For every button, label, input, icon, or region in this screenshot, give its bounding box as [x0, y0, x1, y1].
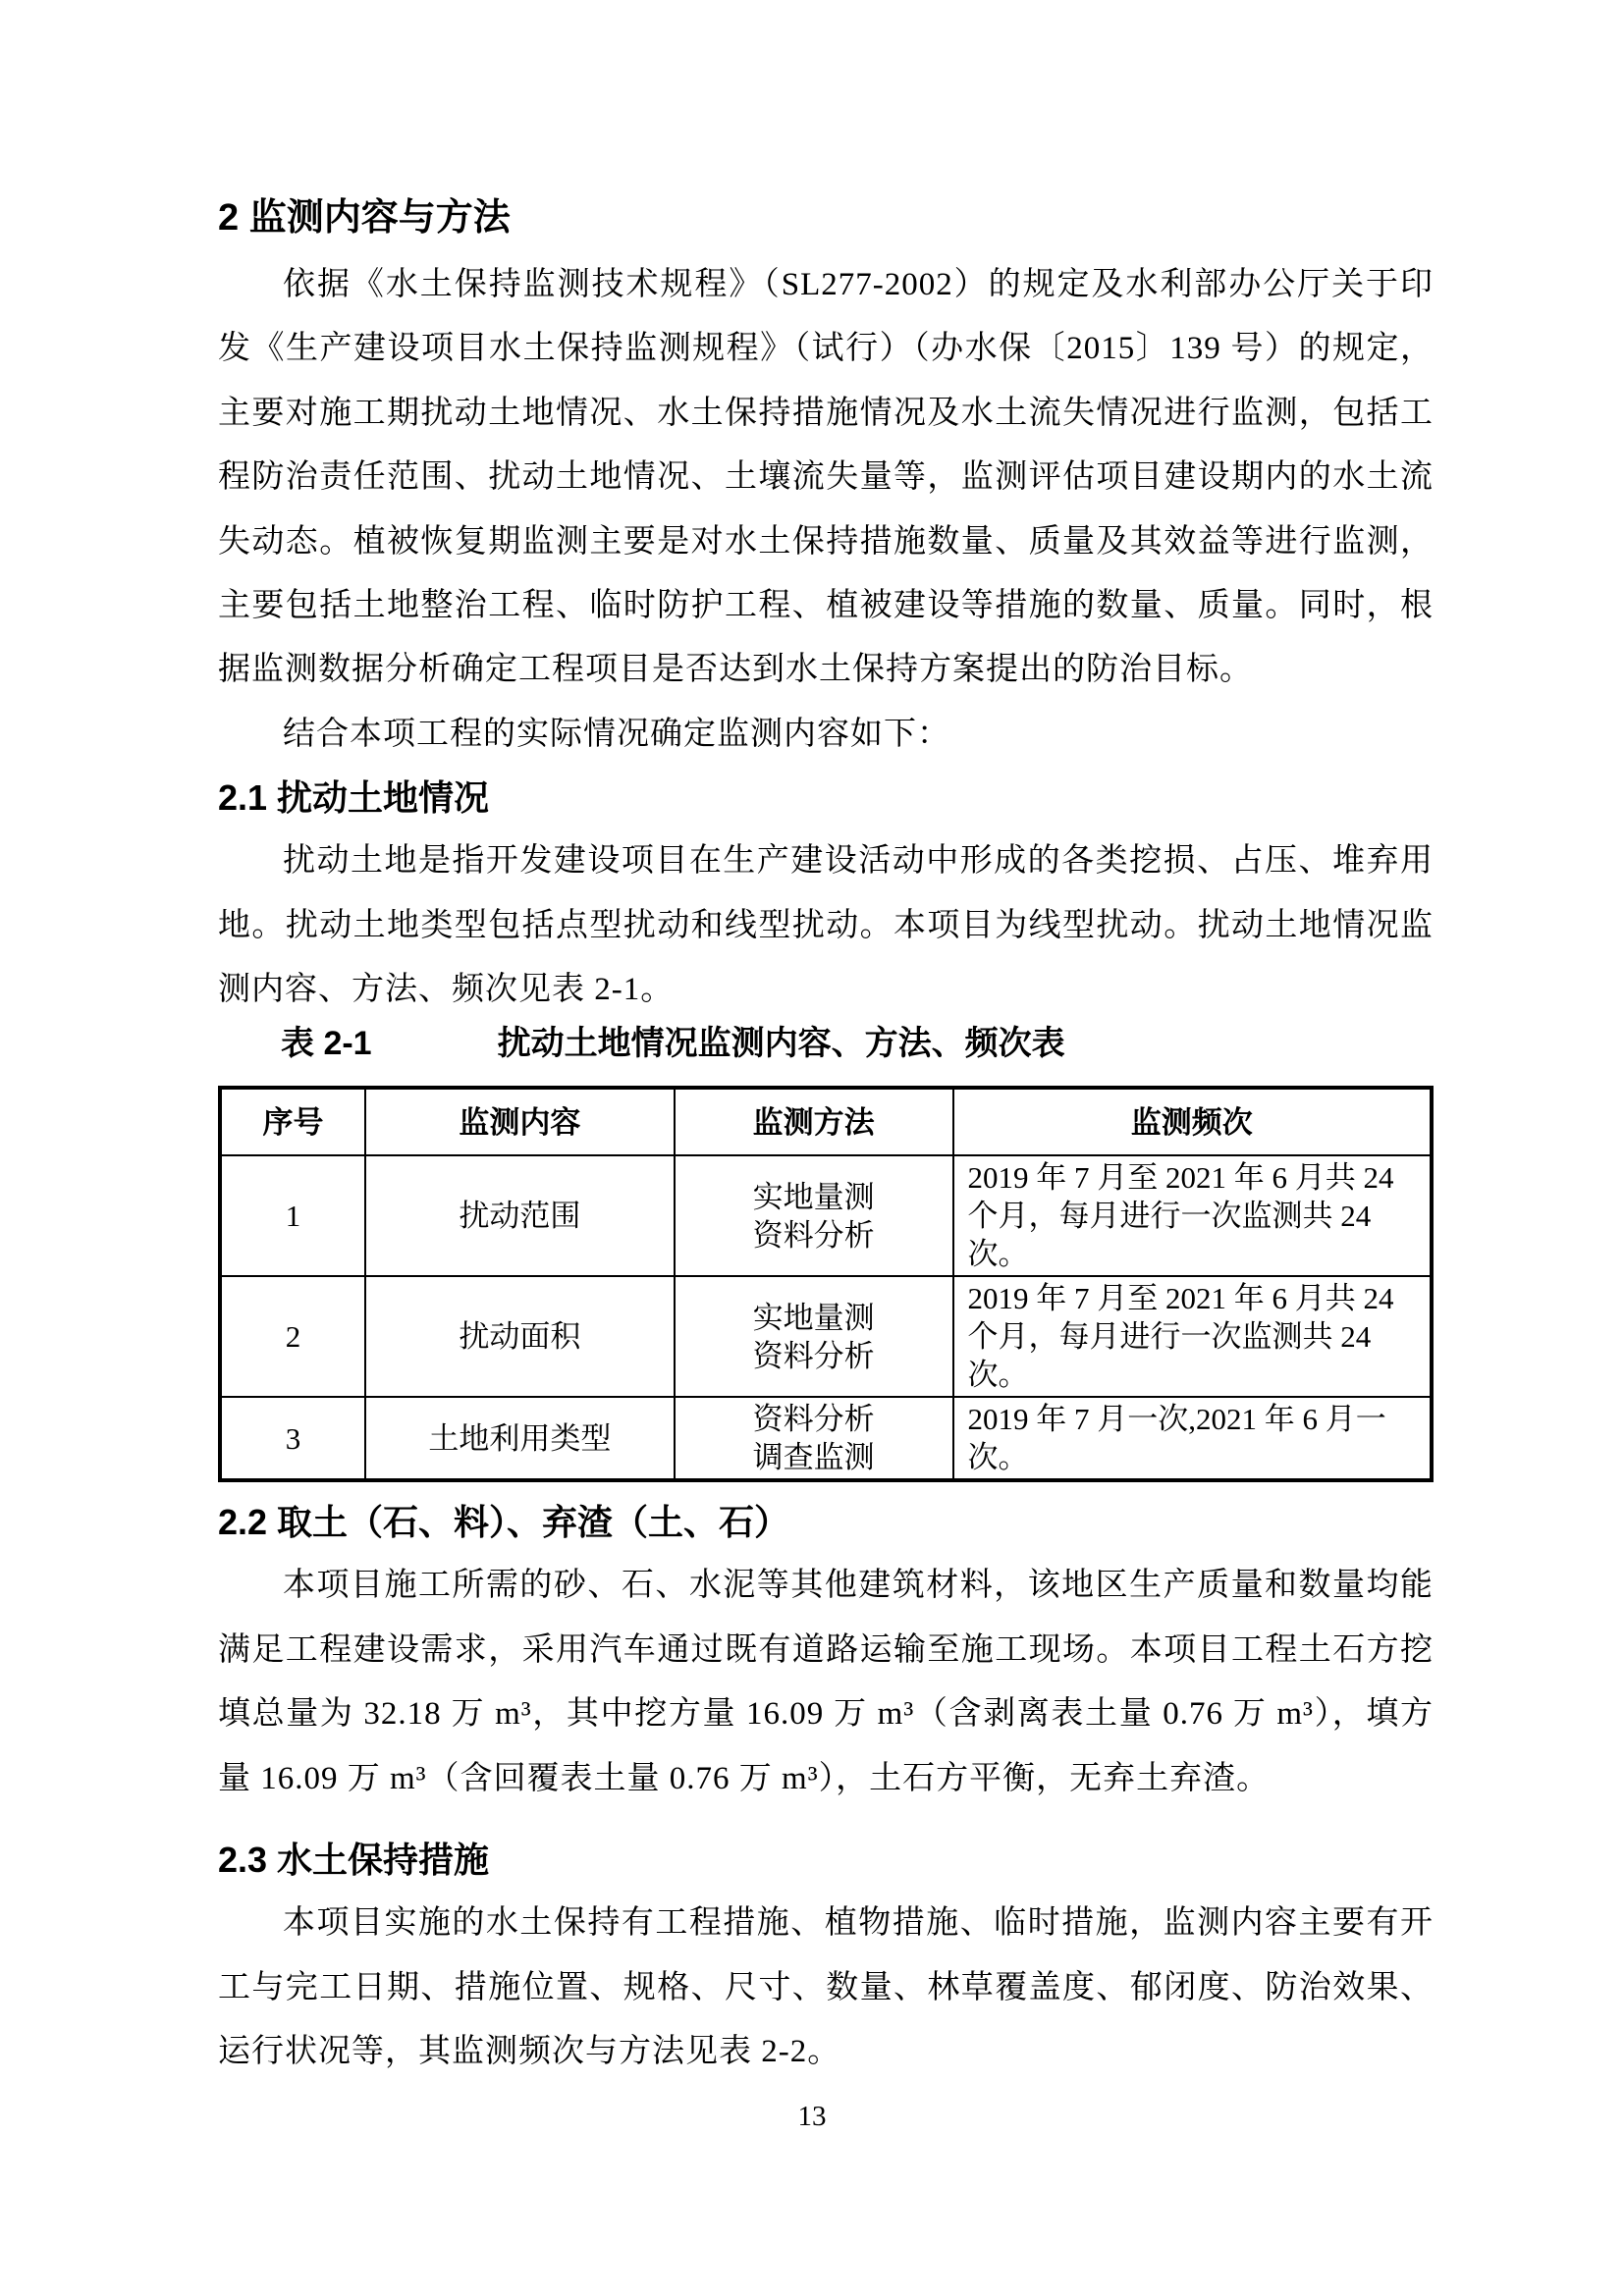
section-2-1-paragraph: 扰动土地是指开发建设项目在生产建设活动中形成的各类挖损、占压、堆弃用地。扰动土地… [218, 829, 1434, 1022]
cell-content: 土地利用类型 [365, 1397, 675, 1480]
table-caption-label: 表 2-1 [281, 1022, 372, 1065]
cell-no: 2 [220, 1276, 365, 1397]
section-2-1-heading: 2.1 扰动土地情况 [218, 774, 1434, 822]
col-header-frequency: 监测频次 [953, 1088, 1432, 1155]
table-row: 2 扰动面积 实地量测 资料分析 2019 年 7 月至 2021 年 6 月共… [220, 1276, 1432, 1397]
cell-no: 3 [220, 1397, 365, 1480]
cell-frequency: 2019 年 7 月至 2021 年 6 月共 24 个月，每月进行一次监测共 … [953, 1155, 1432, 1276]
section-2-lead-in: 结合本项工程的实际情况确定监测内容如下： [218, 703, 1434, 767]
method-line: 资料分析 [681, 1216, 947, 1255]
section-2-3-paragraph: 本项目实施的水土保持有工程措施、植物措施、临时措施，监测内容主要有开工与完工日期… [218, 1892, 1434, 2084]
section-2-heading: 2 监测内容与方法 [218, 194, 1434, 241]
method-line: 资料分析 [681, 1400, 947, 1438]
method-line: 调查监测 [681, 1438, 947, 1476]
col-header-no: 序号 [220, 1088, 365, 1155]
table-2-1: 序号 监测内容 监测方法 监测频次 1 扰动范围 实地量测 资料分析 2019 … [218, 1086, 1434, 1482]
page-content: 2 监测内容与方法 依据《水土保持监测技术规程》（SL277-2002）的规定及… [218, 194, 1434, 2084]
col-header-content: 监测内容 [365, 1088, 675, 1155]
table-row: 3 土地利用类型 资料分析 调查监测 2019 年 7 月一次,2021 年 6… [220, 1397, 1432, 1480]
cell-content: 扰动面积 [365, 1276, 675, 1397]
section-2-paragraph: 依据《水土保持监测技术规程》（SL277-2002）的规定及水利部办公厅关于印发… [218, 253, 1434, 703]
cell-frequency: 2019 年 7 月一次,2021 年 6 月一次。 [953, 1397, 1432, 1480]
section-2-2-heading: 2.2 取土（石、料）、弃渣（土、石） [218, 1499, 1434, 1546]
cell-method: 资料分析 调查监测 [675, 1397, 953, 1480]
method-line: 实地量测 [681, 1178, 947, 1216]
section-2-2-paragraph: 本项目施工所需的砂、石、水泥等其他建筑材料，该地区生产质量和数量均能满足工程建设… [218, 1554, 1434, 1811]
table-caption-title: 扰动土地情况监测内容、方法、频次表 [498, 1022, 1065, 1065]
cell-method: 实地量测 资料分析 [675, 1276, 953, 1397]
method-line: 资料分析 [681, 1337, 947, 1375]
cell-no: 1 [220, 1155, 365, 1276]
cell-content: 扰动范围 [365, 1155, 675, 1276]
col-header-method: 监测方法 [675, 1088, 953, 1155]
table-2-1-caption: 表 2-1 扰动土地情况监测内容、方法、频次表 [281, 1022, 1434, 1065]
cell-method: 实地量测 资料分析 [675, 1155, 953, 1276]
document-page: 2 监测内容与方法 依据《水土保持监测技术规程》（SL277-2002）的规定及… [0, 0, 1624, 2296]
page-number: 13 [0, 2097, 1624, 2136]
cell-frequency: 2019 年 7 月至 2021 年 6 月共 24 个月，每月进行一次监测共 … [953, 1276, 1432, 1397]
method-line: 实地量测 [681, 1299, 947, 1337]
table-header-row: 序号 监测内容 监测方法 监测频次 [220, 1088, 1432, 1155]
table-header: 序号 监测内容 监测方法 监测频次 [220, 1088, 1432, 1155]
table-row: 1 扰动范围 实地量测 资料分析 2019 年 7 月至 2021 年 6 月共… [220, 1155, 1432, 1276]
section-2-3-heading: 2.3 水土保持措施 [218, 1837, 1434, 1884]
